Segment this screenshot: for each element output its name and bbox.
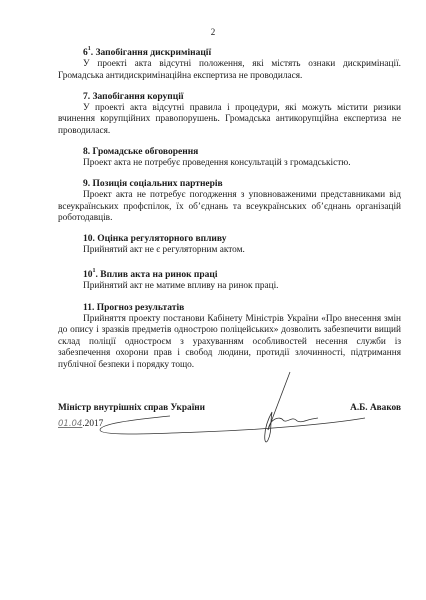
page-number: 2 (0, 27, 426, 37)
signatory-name: А.Б. Аваков (350, 403, 401, 413)
section-text: Проект акта не потребує проведення консу… (58, 158, 401, 170)
section-text: Проект акта не потребує погодження з упо… (58, 190, 401, 225)
section-heading: 11. Прогноз результатів (58, 302, 401, 314)
section-11: 11. Прогноз результатів Прийняття проект… (58, 302, 401, 372)
section-10: 10. Оцінка регуляторного впливу Прийняти… (58, 233, 401, 257)
document-body: 61. Запобігання дискримінації У проекті … (58, 43, 401, 380)
section-heading: 7. Запобігання корупції (58, 91, 401, 103)
handwritten-date: 01.04 (58, 419, 82, 429)
section-heading: 8. Громадське обговорення (58, 146, 401, 158)
date-year: .2017 (82, 419, 103, 429)
section-text: У проекті акта відсутні правила і процед… (58, 103, 401, 138)
signatory-title: Міністр внутрішніх справ України (58, 403, 205, 413)
section-heading: 9. Позиція соціальних партнерів (58, 178, 401, 190)
section-heading: 10. Оцінка регуляторного впливу (58, 233, 401, 245)
section-8: 8. Громадське обговорення Проект акта не… (58, 146, 401, 170)
section-heading: 101. Вплив акта на ринок праці (58, 265, 401, 281)
section-10-1: 101. Вплив акта на ринок праці Прийнятий… (58, 265, 401, 293)
section-9: 9. Позиція соціальних партнерів Проект а… (58, 178, 401, 225)
signature-date: 01.04.2017 (58, 419, 103, 429)
section-heading: 61. Запобігання дискримінації (58, 43, 401, 59)
section-text: Прийнятий акт не є регуляторним актом. (58, 245, 401, 257)
section-6-1: 61. Запобігання дискримінації У проекті … (58, 43, 401, 82)
section-text: У проекті акта відсутні положення, які м… (58, 59, 401, 82)
section-7: 7. Запобігання корупції У проекті акта в… (58, 91, 401, 138)
section-text: Прийняття проекту постанови Кабінету Мін… (58, 314, 401, 372)
section-text: Прийнятий акт не матиме впливу на ринок … (58, 281, 401, 293)
